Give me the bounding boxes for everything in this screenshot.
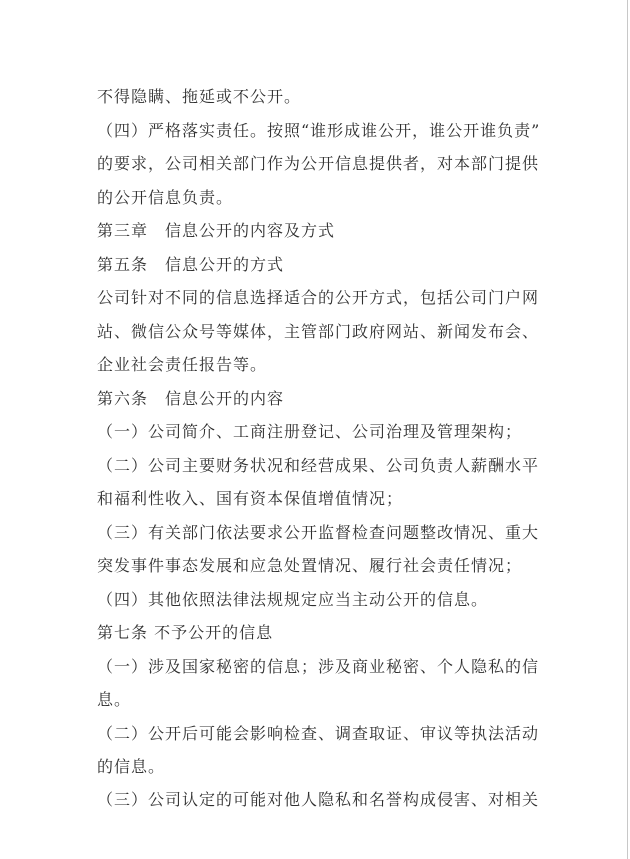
text-line-12: （二）公司主要财务状况和经营成果、公司负责人薪酬水平 xyxy=(97,456,539,476)
document-page: 不得隐瞒、拖延或不公开。 （四）严格落实责任。按照“谁形成谁公开，谁公开谁负责”… xyxy=(0,0,630,859)
text-line-3: 的要求，公司相关部门作为公开信息提供者，对本部门提供 xyxy=(97,154,539,174)
text-line-20: （二）公开后可能会影响检查、调查取证、审议等执法活动 xyxy=(97,724,539,744)
article-5-heading: 第五条 信息公开的方式 xyxy=(97,255,284,275)
text-line-18: （一）涉及国家秘密的信息；涉及商业秘密、个人隐私的信 xyxy=(97,657,539,677)
text-line-1: 不得隐瞒、拖延或不公开。 xyxy=(97,87,301,107)
article-6-heading: 第六条 信息公开的内容 xyxy=(97,389,284,409)
text-line-14: （三）有关部门依法要求公开监督检查问题整改情况、重大 xyxy=(97,523,539,543)
text-line-21: 的信息。 xyxy=(97,757,165,777)
chapter-heading: 第三章 信息公开的内容及方式 xyxy=(97,221,335,241)
text-line-19: 息。 xyxy=(97,690,131,710)
page-edge-divider xyxy=(627,0,628,859)
text-line-7: 公司针对不同的信息选择适合的公开方式，包括公司门户网 xyxy=(97,288,539,308)
text-line-16: （四）其他依照法律法规规定应当主动公开的信息。 xyxy=(97,590,488,610)
text-line-9: 企业社会责任报告等。 xyxy=(97,355,267,375)
text-line-8: 站、微信公众号等媒体，主管部门政府网站、新闻发布会、 xyxy=(97,322,539,342)
text-line-15: 突发事件事态发展和应急处置情况、履行社会责任情况； xyxy=(97,556,522,576)
text-line-13: 和福利性收入、国有资本保值增值情况； xyxy=(97,489,403,509)
text-line-22: （三）公司认定的可能对他人隐私和名誉构成侵害、对相关 xyxy=(97,790,539,810)
text-line-2: （四）严格落实责任。按照“谁形成谁公开，谁公开谁负责” xyxy=(97,121,540,141)
text-line-4: 的公开信息负责。 xyxy=(97,188,233,208)
article-7-heading: 第七条 不予公开的信息 xyxy=(97,623,273,643)
text-line-11: （一）公司简介、工商注册登记、公司治理及管理架构； xyxy=(97,422,522,442)
